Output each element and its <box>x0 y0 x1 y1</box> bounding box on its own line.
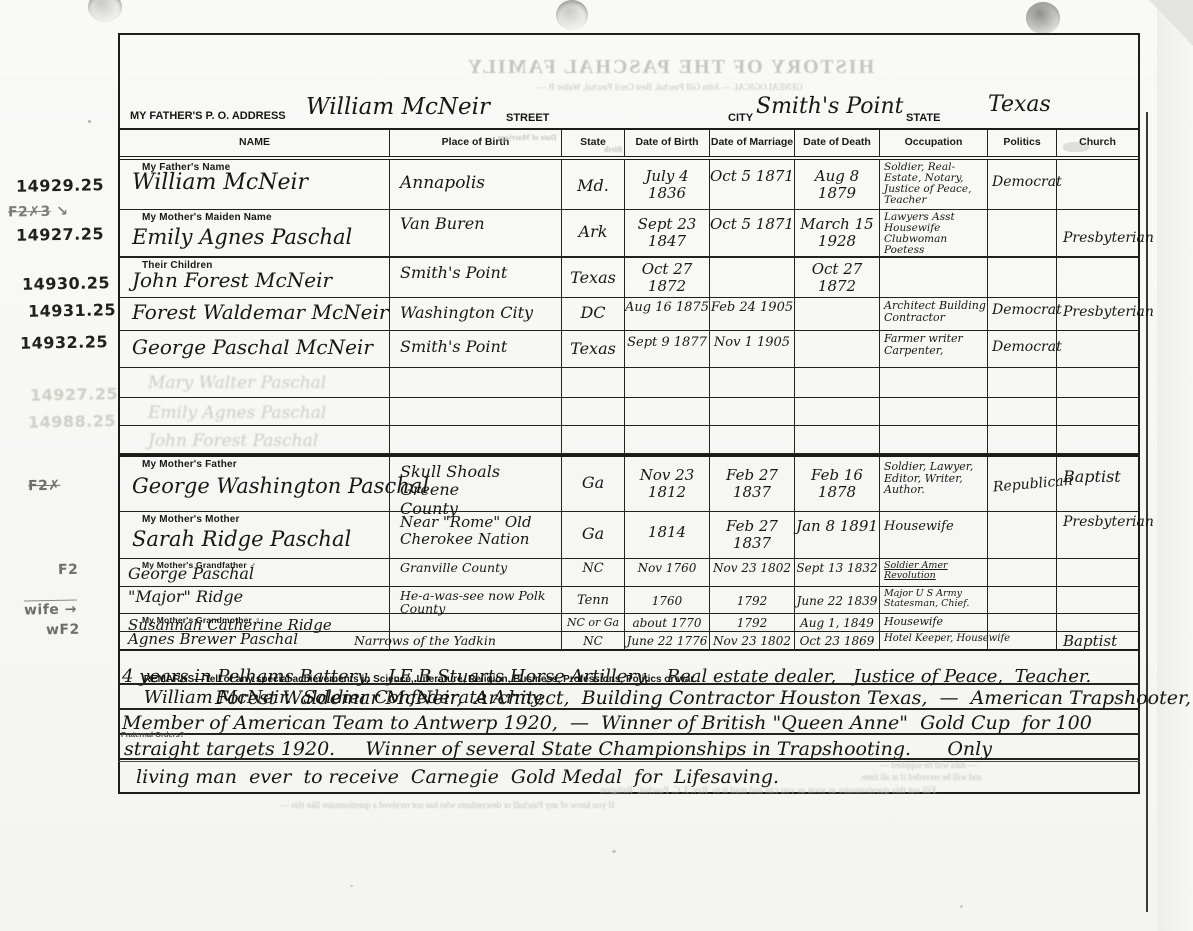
cell-died: June 22 1839 <box>795 587 880 613</box>
cell-politics: Democrat <box>988 298 1057 330</box>
date-value: Oct 27 1872 <box>625 258 709 296</box>
cell-name: John Forest Paschal <box>120 426 390 453</box>
table-row: My Mother's Grandfather ♂George Paschal … <box>120 559 1138 587</box>
cell-state: Ga <box>562 457 625 511</box>
scan-speck <box>612 850 616 853</box>
remarks-handwriting: straight targets 1920. Winner of several… <box>124 738 992 760</box>
cell-died <box>795 298 880 330</box>
occupation-value <box>880 258 987 260</box>
place-value <box>390 614 561 615</box>
state-label: STATE <box>906 112 940 124</box>
place-value: Van Buren <box>390 210 561 233</box>
cell-church <box>1057 559 1138 586</box>
occupation-value: Farmer writer Carpenter, <box>880 331 987 356</box>
state-value: Texas <box>988 92 1051 122</box>
politics-value <box>988 258 1056 264</box>
table-row: My Mother's MotherSarah Ridge Paschal Ne… <box>120 512 1138 559</box>
cell-name: My Father's NameWilliam McNeir <box>120 160 390 209</box>
politics-value <box>988 512 1056 518</box>
cell-born: Sept 9 1877 <box>625 331 710 367</box>
scan-smudge <box>1063 142 1089 152</box>
section-label: My Mother's Grandmother ♀ <box>120 614 261 625</box>
cell-place <box>390 368 562 397</box>
cell-occupation: Housewife <box>880 512 988 558</box>
place-value: Smith's Point <box>390 331 561 356</box>
col-header-date-of-marriage: Date of Marriage <box>710 130 795 156</box>
church-value: Baptist <box>1057 632 1138 650</box>
cell-church <box>1057 160 1138 209</box>
cell-occupation <box>880 398 988 425</box>
cell-name: "Major" Ridge <box>120 587 390 613</box>
cell-state: NC or Ga <box>562 614 625 631</box>
date-value: 1792 <box>710 587 794 609</box>
cell-place <box>390 398 562 425</box>
cell-politics <box>988 559 1057 586</box>
politics-value: Democrat <box>988 331 1056 355</box>
margin-code-wf2: wF2 <box>46 622 80 639</box>
cell-name: Forest Waldemar McNeir <box>120 298 390 330</box>
date-value: Nov 23 1802 <box>710 632 794 649</box>
table-row: Forest Waldemar McNeir Washington City D… <box>120 298 1138 331</box>
cell-place: Smith's Point <box>390 331 562 367</box>
cell-occupation: Major U S Army Statesman, Chief. <box>880 587 988 613</box>
col-header-place-of-birth: Place of BirthDate of Marriage <box>390 130 562 156</box>
cell-died <box>795 398 880 425</box>
person-name: John Forest McNeir <box>120 270 389 290</box>
cell-married <box>710 258 795 297</box>
church-value: Baptist <box>1057 457 1138 486</box>
cell-born: Aug 16 1875 <box>625 298 710 330</box>
cell-place: Near "Rome" Old Cherokee Nation <box>390 512 562 558</box>
scan-speck <box>350 885 353 887</box>
date-value: Aug 8 1879 <box>795 160 879 203</box>
state-value: NC <box>562 559 624 576</box>
person-name: Emily Agnes Paschal <box>120 227 389 248</box>
state-value: NC or Ga <box>562 614 624 629</box>
table-row: My Mother's FatherGeorge Washington Pasc… <box>120 457 1138 512</box>
ruled-line <box>118 733 1140 735</box>
place-value: Skull Shoals Greene County <box>390 457 520 518</box>
cell-state: Ga <box>562 512 625 558</box>
person-name: George Washington Paschal <box>120 476 389 497</box>
cell-name: Emily Agnes Paschal <box>120 398 390 425</box>
person-name: William McNeir <box>120 172 389 194</box>
date-value: Feb 27 1837 <box>710 512 794 553</box>
state-value: Ga <box>562 512 624 543</box>
cell-married <box>710 426 795 453</box>
cell-occupation: Soldier, Real-Estate, Notary, Justice of… <box>880 160 988 209</box>
cell-state <box>562 426 625 453</box>
church-value <box>1057 587 1138 593</box>
empty-table-row: John Forest Paschal <box>120 426 1138 454</box>
margin-code-f23: F2✗3 <box>8 204 51 221</box>
cell-died: Oct 23 1869 <box>795 632 880 649</box>
occupation-value: Major U S Army Statesman, Chief. <box>880 587 987 609</box>
date-value: Nov 1 1905 <box>710 331 794 351</box>
cell-died: Jan 8 1891 <box>795 512 880 558</box>
occupation-value: Lawyers Asst Housewife Clubwoman Poetess <box>880 210 987 256</box>
margin-id-number: 14929.25 <box>16 175 104 196</box>
cell-politics <box>988 632 1057 649</box>
margin-id-number: 14931.25 <box>28 300 116 321</box>
table-row: My Mother's Maiden NameEmily Agnes Pasch… <box>120 210 1138 258</box>
place-value: Smith's Point <box>390 258 561 282</box>
date-value: about 1770 <box>625 614 709 631</box>
cell-married: Oct 5 1871 <box>710 210 795 256</box>
cell-place: Granville County <box>390 559 562 586</box>
date-value: Sept 23 1847 <box>625 210 709 251</box>
place-value: Granville County <box>390 559 561 574</box>
cell-place: Washington City <box>390 298 562 330</box>
date-value: Nov 1760 <box>625 559 709 576</box>
church-value <box>1057 160 1138 166</box>
date-value <box>795 331 879 334</box>
city-value: Smith's Point <box>756 94 904 124</box>
remarks-handwriting: living man ever to receive Carnegie Gold… <box>136 766 779 788</box>
father-address-label: MY FATHER'S P. O. ADDRESS <box>130 110 286 122</box>
cell-married: Oct 5 1871 <box>710 160 795 209</box>
cell-occupation: Hotel Keeper, Housewife <box>880 632 988 649</box>
remarks-handwriting: Forest Waldemar McNeir, Architect, Build… <box>215 687 1191 709</box>
state-value: Texas <box>562 331 624 358</box>
politics-value <box>988 587 1056 593</box>
cell-politics <box>988 210 1057 256</box>
col-header-name: NAME <box>120 130 390 156</box>
cell-born: Sept 23 1847 <box>625 210 710 256</box>
cell-politics <box>988 587 1057 613</box>
cell-born: 1814 <box>625 512 710 558</box>
cell-born <box>625 368 710 397</box>
cell-state <box>562 368 625 397</box>
cell-church <box>1057 331 1138 367</box>
cell-church: Presbyterian <box>1057 298 1138 330</box>
cell-politics <box>988 398 1057 425</box>
cell-died <box>795 426 880 453</box>
col-header-date-of-death: Date of Death <box>795 130 880 156</box>
cell-church: Presbyterian <box>1057 512 1138 558</box>
politics-value <box>988 210 1056 216</box>
ruled-line <box>118 683 1140 685</box>
date-value: Oct 5 1871 <box>710 210 794 233</box>
cell-married <box>710 368 795 397</box>
cell-place: Van Buren <box>390 210 562 256</box>
col-header-occupation: Occupation <box>880 130 988 156</box>
section-label: My Mother's Mother <box>120 512 389 525</box>
margin-id-number: 14932.25 <box>20 332 108 353</box>
politics-value <box>988 559 1056 565</box>
street-label: STREET <box>506 112 549 124</box>
cell-name: George Paschal McNeir <box>120 331 390 367</box>
cell-occupation: Soldier, Lawyer, Editor, Writer, Author. <box>880 457 988 511</box>
cell-church <box>1057 587 1138 613</box>
date-value: Feb 24 1905 <box>710 298 794 316</box>
date-value: July 4 1836 <box>625 160 709 203</box>
cell-politics: Democrat <box>988 160 1057 209</box>
cell-place: Smith's Point <box>390 258 562 297</box>
cell-politics <box>988 512 1057 558</box>
church-value <box>1057 258 1138 264</box>
cell-married: Feb 27 1837 <box>710 457 795 511</box>
remarks-handwriting: Member of American Team to Antwerp 1920,… <box>122 712 1092 734</box>
cell-died: Oct 27 1872 <box>795 258 880 297</box>
margin-ghost-number: 14927.25 <box>30 384 118 405</box>
cell-state: DC <box>562 298 625 330</box>
person-name: Sarah Ridge Paschal <box>120 529 389 550</box>
cell-place: Narrows of the Yadkin <box>390 632 562 649</box>
cell-died <box>795 368 880 397</box>
state-value: Md. <box>562 160 624 195</box>
cell-died <box>795 331 880 367</box>
cell-born: Nov 1760 <box>625 559 710 586</box>
table-header-row: NAME Place of BirthDate of Marriage Stat… <box>120 130 1138 160</box>
bleedthrough-footer: If you know of any Paschall or descendan… <box>280 800 614 810</box>
date-value: March 15 1928 <box>795 210 879 251</box>
occupation-value: Soldier Amer Revolution <box>880 559 987 581</box>
cell-church <box>1057 258 1138 297</box>
cell-place: He-a-was-see now Polk County <box>390 587 562 613</box>
cell-name: Their ChildrenJohn Forest McNeir <box>120 258 390 297</box>
cell-died: Aug 1, 1849 <box>795 614 880 631</box>
family-record-table: NAME Place of BirthDate of Marriage Stat… <box>118 128 1140 651</box>
state-value: Ga <box>562 457 624 492</box>
place-value: Narrows of the Yadkin <box>344 632 561 647</box>
occupation-value: Soldier, Lawyer, Editor, Writer, Author. <box>880 457 987 496</box>
cell-married: Nov 23 1802 <box>710 632 795 649</box>
person-name: Forest Waldemar McNeir <box>120 297 389 322</box>
occupation-value: Hotel Keeper, Housewife <box>880 632 987 645</box>
corner-fold <box>1149 0 1193 46</box>
table-row: George Paschal McNeir Smith's Point Texa… <box>120 331 1138 368</box>
cell-church <box>1057 368 1138 397</box>
cell-died: Feb 16 1878 <box>795 457 880 511</box>
date-value: June 22 1776 <box>625 632 709 649</box>
date-value <box>795 298 879 301</box>
cell-politics <box>988 426 1057 453</box>
bleedthrough-footer: — data will be supplied — <box>880 760 977 770</box>
state-value: NC <box>562 632 624 648</box>
cell-born: Nov 23 1812 <box>625 457 710 511</box>
cell-church: Baptist <box>1057 632 1138 649</box>
father-address-value: William McNeir <box>306 94 490 124</box>
bleedthrough-text: John Forest Paschal <box>120 426 389 451</box>
cell-born: Oct 27 1872 <box>625 258 710 297</box>
cell-occupation: Lawyers Asst Housewife Clubwoman Poetess <box>880 210 988 256</box>
ruled-line <box>118 761 1140 762</box>
cell-married: Feb 24 1905 <box>710 298 795 330</box>
state-value: Tenn <box>562 587 624 608</box>
cell-place <box>390 426 562 453</box>
cell-place: Skull Shoals Greene County <box>390 457 562 511</box>
cell-died: March 15 1928 <box>795 210 880 256</box>
cell-church <box>1057 398 1138 425</box>
bleedthrough-text: Mary Walter Paschal <box>120 368 389 393</box>
cell-married: Feb 27 1837 <box>710 512 795 558</box>
cell-born: July 4 1836 <box>625 160 710 209</box>
ruled-line <box>118 708 1140 710</box>
margin-note-wife: wife → <box>24 600 77 619</box>
church-value: Presbyterian <box>1057 210 1138 246</box>
table-row: Agnes Brewer Paschal Narrows of the Yadk… <box>120 632 1138 649</box>
punch-hole <box>88 0 122 22</box>
cell-died: Sept 13 1832 <box>795 559 880 586</box>
cell-married: Nov 1 1905 <box>710 331 795 367</box>
date-value: Feb 16 1878 <box>795 457 879 502</box>
scan-speck <box>88 120 91 123</box>
section-label: My Mother's Father <box>120 457 389 470</box>
cell-occupation <box>880 258 988 297</box>
politics-value <box>988 614 1056 620</box>
ruled-line <box>118 758 1140 760</box>
cell-politics <box>988 258 1057 297</box>
cell-name: My Mother's FatherGeorge Washington Pasc… <box>120 457 390 511</box>
politics-value <box>988 632 1056 638</box>
date-value <box>710 258 794 261</box>
cell-name: My Mother's Grandmother ♀Susannah Cather… <box>120 614 390 631</box>
church-value <box>1057 614 1138 620</box>
state-value: Texas <box>562 258 624 287</box>
date-value: Oct 5 1871 <box>710 160 794 185</box>
cell-politics: Republican <box>988 457 1057 511</box>
occupation-value: Architect Building Contractor <box>880 298 987 323</box>
date-value: 1760 <box>625 587 709 609</box>
church-value <box>1057 331 1138 337</box>
politics-value: Democrat <box>988 298 1056 318</box>
scanned-page: HISTORY OF THE PASCHAL FAMILY GENEALOGIC… <box>0 0 1193 931</box>
date-value: Jan 8 1891 <box>795 512 879 535</box>
cell-state: Tenn <box>562 587 625 613</box>
empty-table-row: Mary Walter Paschal <box>120 368 1138 398</box>
church-value <box>1057 559 1138 565</box>
section-label: My Mother's Maiden Name <box>120 210 389 223</box>
cell-politics: Democrat <box>988 331 1057 367</box>
city-label: CITY <box>728 112 753 124</box>
page-right-margin <box>1157 0 1193 931</box>
place-value: He-a-was-see now Polk County <box>390 587 561 615</box>
date-value: Oct 23 1869 <box>795 632 879 649</box>
cell-married <box>710 398 795 425</box>
church-value: Presbyterian <box>1057 512 1138 530</box>
cell-born: June 22 1776 <box>625 632 710 649</box>
occupation-value: Housewife <box>880 614 987 628</box>
cell-state: Md. <box>562 160 625 209</box>
cell-occupation: Farmer writer Carpenter, <box>880 331 988 367</box>
cell-state: Texas <box>562 331 625 367</box>
bleedthrough-footer: and will be recorded if at all time. <box>860 772 982 782</box>
date-value: Oct 27 1872 <box>795 258 879 296</box>
cell-state: NC <box>562 559 625 586</box>
state-value: DC <box>562 298 624 322</box>
bleedthrough-text: Emily Agnes Paschal <box>120 398 389 423</box>
cell-church <box>1057 614 1138 631</box>
cell-church: Presbyterian <box>1057 210 1138 256</box>
person-name: George Paschal McNeir <box>120 330 389 357</box>
date-value: Feb 27 1837 <box>710 457 794 502</box>
cell-occupation <box>880 368 988 397</box>
punch-hole <box>556 0 588 30</box>
bleedthrough-header: Birth <box>604 146 622 155</box>
margin-arrow: ↘ <box>56 203 69 219</box>
cell-name: My Mother's Grandfather ♂George Paschal <box>120 559 390 586</box>
punch-hole <box>1026 2 1060 34</box>
date-value: 1792 <box>710 614 794 631</box>
cell-married: Nov 23 1802 <box>710 559 795 586</box>
col-header-politics: Politics <box>988 130 1057 156</box>
table-row: "Major" Ridge He-a-was-see now Polk Coun… <box>120 587 1138 614</box>
scan-speck <box>960 905 963 908</box>
date-value: 1814 <box>625 512 709 541</box>
cell-married: 1792 <box>710 587 795 613</box>
cell-politics <box>988 614 1057 631</box>
place-value: Annapolis <box>390 160 561 194</box>
margin-id-number: 14930.25 <box>22 273 110 294</box>
cell-occupation <box>880 426 988 453</box>
cell-place: Annapolis <box>390 160 562 209</box>
cell-state: NC <box>562 632 625 649</box>
margin-ghost-number: 14988.25 <box>28 411 116 432</box>
cell-politics <box>988 368 1057 397</box>
state-value: Ark <box>562 210 624 241</box>
table-row: My Father's NameWilliam McNeir Annapolis… <box>120 160 1138 210</box>
date-value: Aug 16 1875 <box>625 298 709 316</box>
cell-born <box>625 426 710 453</box>
margin-id-number: 14927.25 <box>16 224 104 245</box>
cell-name: My Mother's MotherSarah Ridge Paschal <box>120 512 390 558</box>
cell-born: 1760 <box>625 587 710 613</box>
margin-code-f2: F2 <box>58 562 79 578</box>
date-value: Sept 13 1832 <box>795 559 879 576</box>
place-value: Near "Rome" Old Cherokee Nation <box>390 512 561 549</box>
cell-name: Mary Walter Paschal <box>120 368 390 397</box>
date-value: Nov 23 1802 <box>710 559 794 576</box>
cell-name: My Mother's Maiden NameEmily Agnes Pasch… <box>120 210 390 256</box>
table-row: Their ChildrenJohn Forest McNeir Smith's… <box>120 258 1138 298</box>
cell-state: Ark <box>562 210 625 256</box>
occupation-value: Housewife <box>880 512 987 534</box>
cell-married: 1792 <box>710 614 795 631</box>
col-header-date-of-birth: Date of Birth <box>625 130 710 156</box>
cell-born <box>625 398 710 425</box>
cell-occupation: Soldier Amer Revolution <box>880 559 988 586</box>
date-value: June 22 1839 <box>795 587 879 609</box>
col-header-state: StateBirth <box>562 130 625 156</box>
cell-church: Baptist <box>1057 457 1138 511</box>
cell-born: about 1770 <box>625 614 710 631</box>
cell-state: Texas <box>562 258 625 297</box>
occupation-value: Soldier, Real-Estate, Notary, Justice of… <box>880 160 987 206</box>
bleedthrough-footer: Fill out this questionnaire as soon as y… <box>600 786 936 796</box>
cell-state <box>562 398 625 425</box>
place-value: Washington City <box>390 298 561 322</box>
politics-value: Republican <box>987 454 1058 496</box>
date-value: Sept 9 1877 <box>625 331 709 351</box>
cell-died: Aug 8 1879 <box>795 160 880 209</box>
person-name: "Major" Ridge <box>120 586 389 605</box>
empty-table-row: Emily Agnes Paschal <box>120 398 1138 426</box>
bleedthrough-header: Date of Marriage <box>497 134 557 143</box>
church-value: Presbyterian <box>1057 298 1138 320</box>
date-value: Nov 23 1812 <box>625 457 709 502</box>
cell-place <box>390 614 562 631</box>
margin-code-f2x: F2✗ <box>28 478 61 495</box>
date-value: Aug 1, 1849 <box>795 614 879 631</box>
politics-value: Democrat <box>988 160 1056 190</box>
cell-occupation: Housewife <box>880 614 988 631</box>
cell-church <box>1057 426 1138 453</box>
cell-occupation: Architect Building Contractor <box>880 298 988 330</box>
